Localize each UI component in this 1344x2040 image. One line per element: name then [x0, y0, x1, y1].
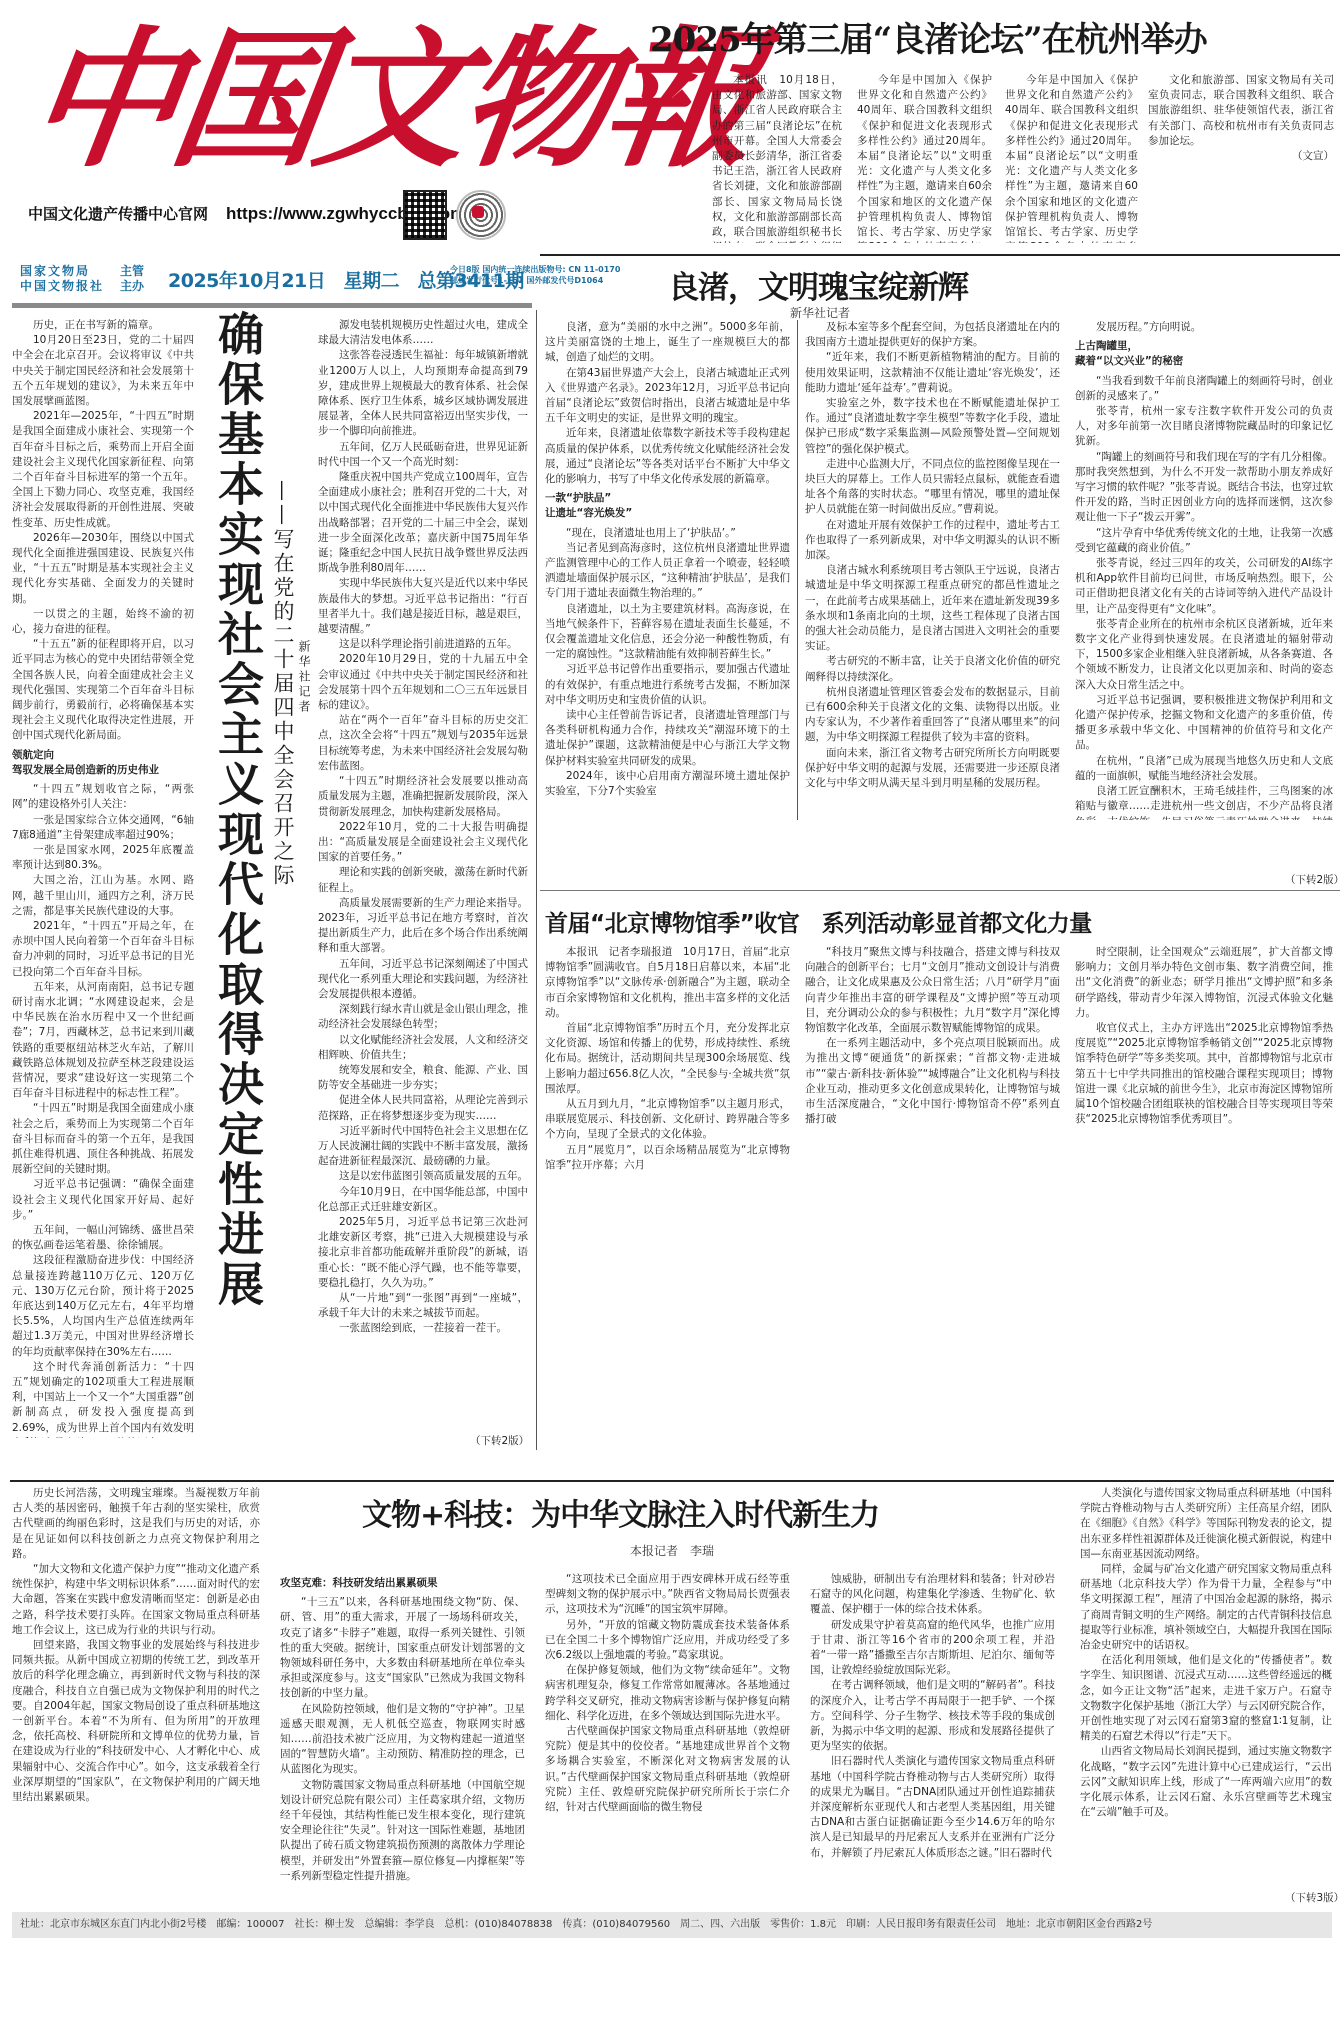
tech-col-2: 攻坚克难：科技研发结出累累硕果 “十三五”以来，各科研基地围绕文物“防、保、研、…	[280, 1572, 525, 1888]
section-divider	[540, 890, 1340, 891]
footer-info: 社址：北京市东城区东直门内北小街2号楼 邮编：100007 社长：柳士发 总编辑…	[12, 1912, 1332, 1938]
tech-continued[interactable]: （下转3版）	[1285, 1890, 1344, 1905]
column-divider	[797, 320, 798, 820]
forum-col-3: 今年是中国加入《保护世界文化和自然遗产公约》40周年、联合国教科文组织《保护和促…	[1005, 73, 1138, 243]
section-divider	[10, 1480, 1334, 1482]
lead-col-2: 源发电装机规模历史性超过火电，建成全球最大清洁发电体系……这张答卷浸透民生福祉：…	[318, 318, 528, 1438]
liangzhu-subheading-1: 一款“护肤品” 让遗址“容光焕发”	[545, 491, 790, 521]
lead-section-heading: 领航定向 驾驭发展全局创造新的历史伟业	[12, 748, 194, 778]
lead-byline: 新华社记者	[296, 640, 313, 715]
lead-headline[interactable]: 确保基本实现社会主义现代化取得决定性进展	[205, 310, 265, 1310]
column-divider	[536, 310, 537, 1450]
tech-col-3: “这项技术已全面应用于西安碑林开成石经等重型碑刻文物的保护展示中。”陕西省文物局…	[545, 1572, 790, 1888]
liangzhu-col-2: 及标本室等多个配套空间，为包括良渚遗址在内的我国南方土遗址提供更好的保护方案。“…	[805, 320, 1060, 820]
liangzhu-headline[interactable]: 良渚，文明瑰宝绽新辉	[668, 262, 968, 307]
tech-col-1: 历史长河浩荡，文明瑰宝璀璨。当凝视数万年前古人类的基因密码，触摸千年古刹的坚实梁…	[12, 1486, 260, 1886]
lead-continued[interactable]: （下转2版）	[470, 1433, 529, 1448]
liangzhu-col-1: 良渚，意为“美丽的水中之洲”。5000多年前，这片美丽富饶的土地上，诞生了一座规…	[545, 320, 790, 820]
beijing-col-2: “科技月”聚焦文博与科技融合，搭建文博与科技双向融合的创新平台；七月“文创月”推…	[805, 945, 1060, 1445]
roles: 主管 主办	[120, 264, 144, 294]
lead-col-1: 历史，正在书写新的篇章。 10月20日至23日，党的二十届四中全会在北京召开。会…	[12, 318, 194, 1438]
weekday: 星期二	[344, 270, 400, 292]
qr-code-icon	[403, 190, 447, 240]
liangzhu-col-3: 发展历程。”方向明说。 上古陶罐里， 藏着“以文兴业”的秘密 “当我看到数千年前…	[1075, 320, 1333, 820]
tech-col-4: 蚀威胁，研制出专有治理材料和装备；针对砂岩石窟寺的风化问题，构建集化学渗透、生物…	[810, 1572, 1055, 1888]
tech-section-heading: 攻坚克难：科技研发结出累累硕果	[280, 1576, 525, 1591]
section-divider	[540, 254, 1340, 256]
forum-col-1: 本报讯 10月18日，由文化和旅游部、国家文物局、浙江省人民政府联合主办的第三届…	[712, 73, 842, 243]
official-site-line: 中国文化遗产传播中心官网https://www.zgwhyccbzx.com	[28, 203, 465, 224]
liangzhu-continued[interactable]: （下转2版）	[1285, 872, 1344, 887]
tech-headline[interactable]: 文物+科技：为中华文脉注入时代新生力	[362, 1490, 879, 1534]
tech-col-5: 人类演化与遗传国家文物局重点科研基地（中国科学院古脊椎动物与古人类研究所）主任高…	[1080, 1486, 1332, 1888]
issue-info-bar: 国家文物局 中国文物报社 主管 主办 2025年10月21日 星期二 总第341…	[20, 262, 540, 304]
site-name: 中国文化遗产传播中心官网	[28, 205, 208, 223]
lead-subtitle: ——写在党的二十届四中全会召开之际	[270, 480, 296, 888]
forum-signature: （文宣）	[1148, 149, 1334, 164]
beijing-col-1: 本报讯 记者李瑞报道 10月17日，首届“北京博物馆季”圆满收官。自5月18日启…	[545, 945, 790, 1445]
liangzhu-subheading-2: 上古陶罐里， 藏着“以文兴业”的秘密	[1075, 339, 1333, 369]
beijing-col-3: 时空限制，让全国观众“云端逛展”，扩大首都文博影响力；文创月举办特色文创市集、数…	[1075, 945, 1333, 1445]
forum-col-4: 文化和旅游部、国家文物局有关司室负责同志，联合国教科文组织、联合国旅游组织、驻华…	[1148, 73, 1334, 248]
publication-codes: 今日8版 国内统一连续出版物号: CN 11-0170 邮局发行代号1-151 …	[450, 264, 620, 286]
beijing-museum-headline[interactable]: 首届“北京博物馆季”收官 系列活动彰显首都文化力量	[545, 905, 1092, 938]
newspaper-logo: 中国文物報	[17, 8, 603, 193]
liangzhu-byline: 新华社记者	[790, 304, 850, 321]
forum-headline[interactable]: 2025年第三届“良渚论坛”在杭州举办	[650, 12, 1207, 61]
organizations: 国家文物局 中国文物报社	[20, 264, 104, 294]
wechat-qr-icon	[456, 190, 506, 240]
forum-col-2: 今年是中国加入《保护世界文化和自然遗产公约》40周年、联合国教科文组织《保护和促…	[857, 73, 992, 243]
tech-byline: 本报记者 李瑞	[630, 1542, 714, 1559]
masthead-rule	[12, 303, 532, 308]
